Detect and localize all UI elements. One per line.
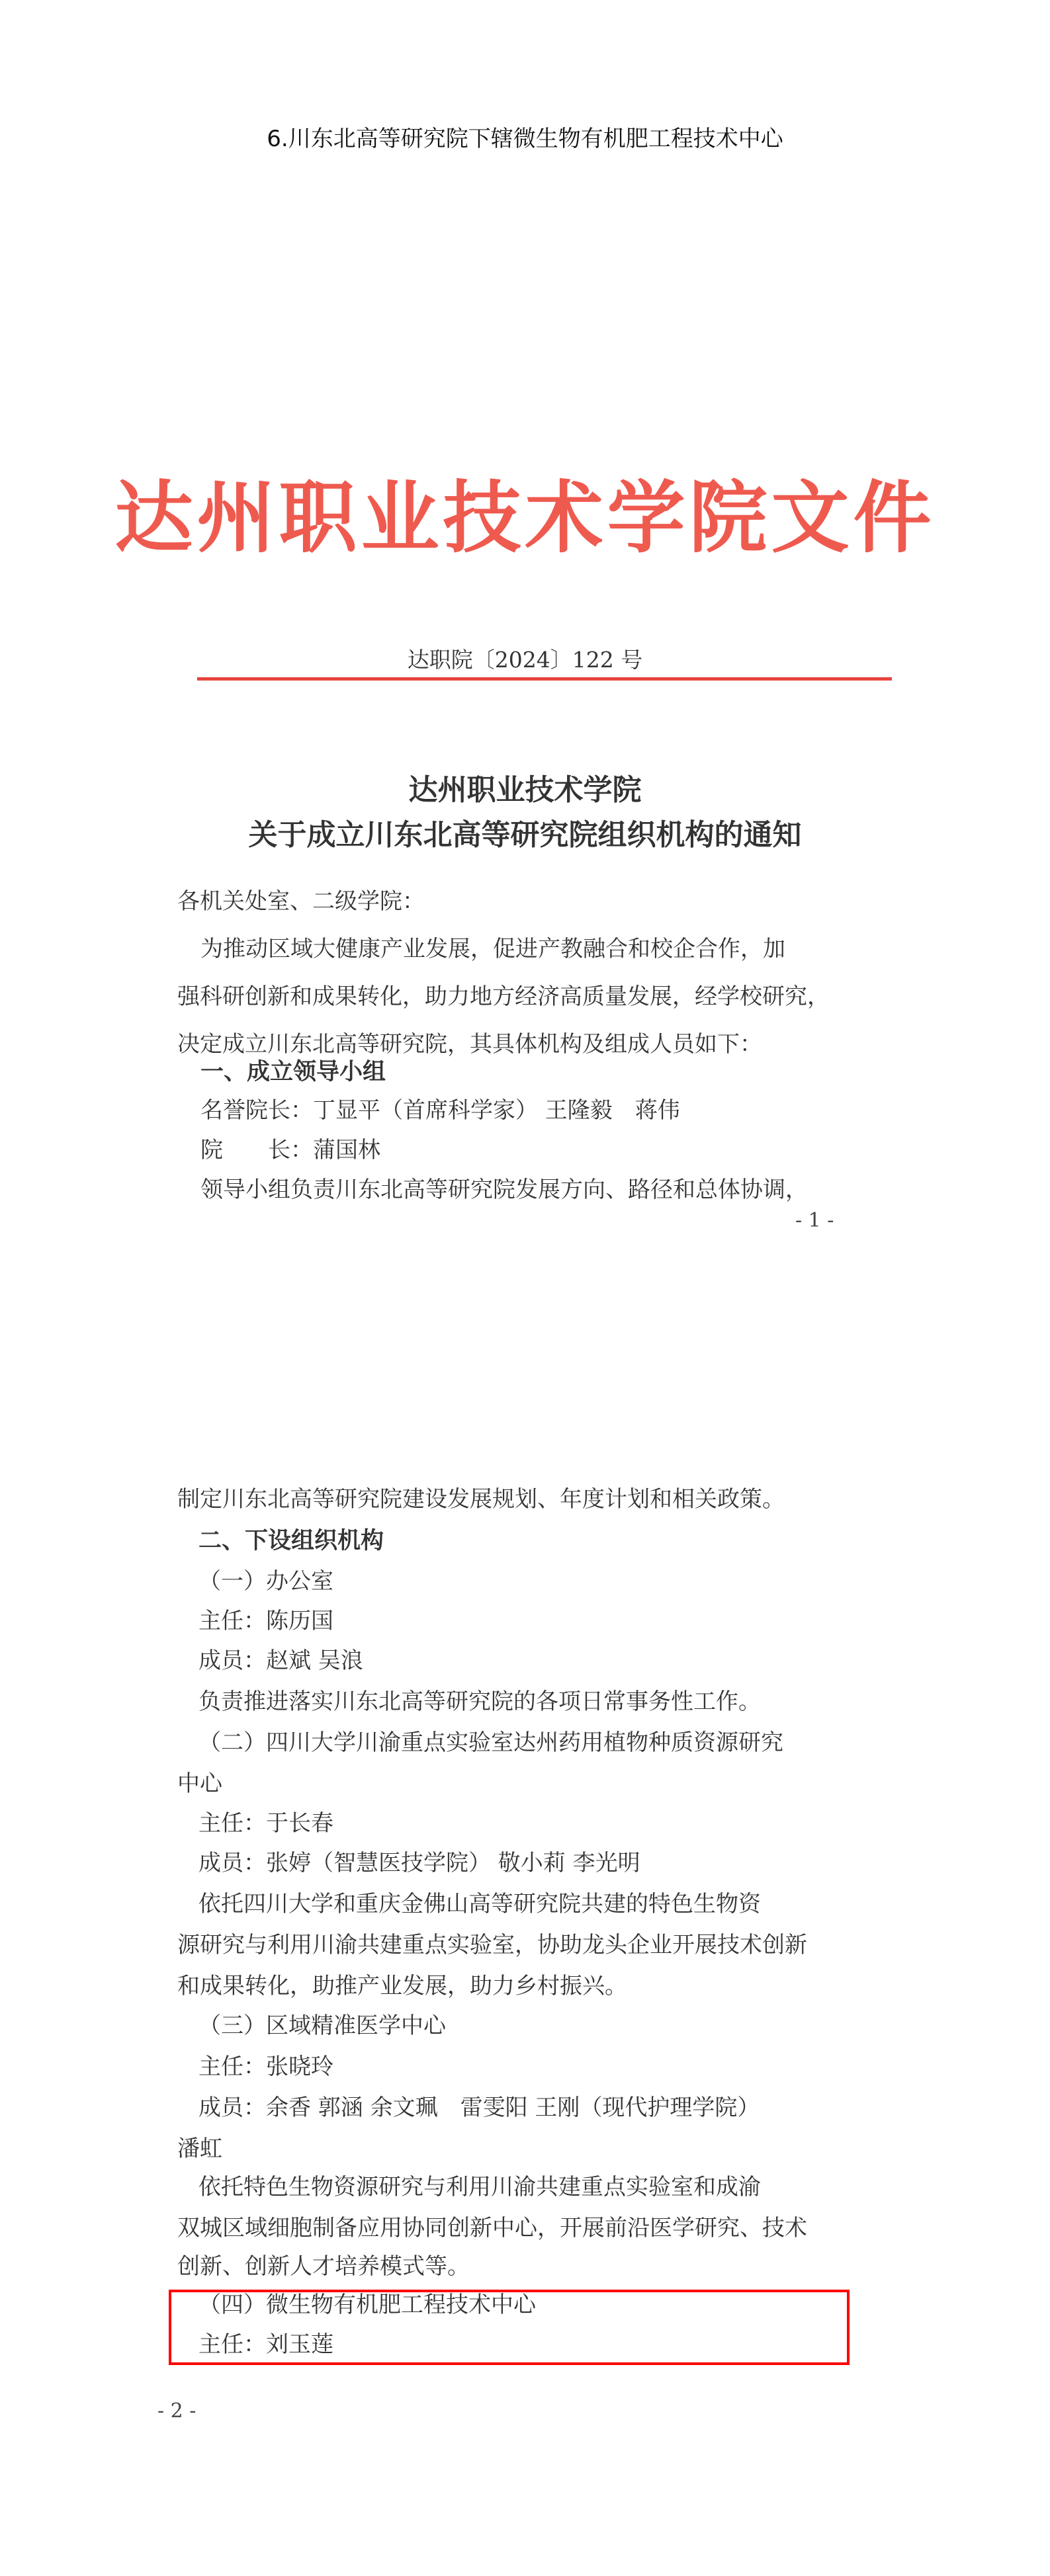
unit-name: （四）微生物有机肥工程技术中心 <box>198 2294 536 2316</box>
page-number: - 1 - <box>795 1209 834 1232</box>
honorary-dean: 名誉院长：丁显平（首席科学家） 王隆毅 蒋伟 <box>200 1099 680 1122</box>
unit-members: 成员：余香 郭涵 余文珮 雷雯阳 王刚（现代护理学院） <box>198 2097 760 2119</box>
duty-line: 领导小组负责川东北高等研究院发展方向、路径和总体协调， <box>200 1179 808 1201</box>
unit-name: （三）区域精准医学中心 <box>198 2015 446 2037</box>
unit-members: 潘虹 <box>177 2138 222 2160</box>
unit-name: （一）办公室 <box>198 1570 333 1593</box>
image-caption: 6.川东北高等研究院下辖微生物有机肥工程技术中心 <box>0 120 1050 153</box>
salutation: 各机关处室、二级学院： <box>177 890 425 913</box>
unit-desc: 负责推进落实川东北高等研究院的各项日常事务性工作。 <box>198 1690 761 1713</box>
unit-director: 主任：于长春 <box>198 1812 333 1835</box>
unit-name: （二）四川大学川渝重点实验室达州药用植物种质资源研究 <box>198 1731 783 1754</box>
issuer-header: 达州职业技术学院文件 <box>0 475 1050 561</box>
unit-desc: 双城区域细胞制备应用协同创新中心，开展前沿医学研究、技术 <box>177 2217 807 2239</box>
page-number: - 2 - <box>157 2399 196 2423</box>
unit-desc: 源研究与利用川渝共建重点实验室，协助龙头企业开展技术创新 <box>177 1934 807 1956</box>
unit-desc: 依托特色生物资源研究与利用川渝共建重点实验室和成渝 <box>198 2176 761 2198</box>
unit-members: 成员：张婷（智慧医技学院） 敬小莉 李光明 <box>198 1852 640 1874</box>
red-divider <box>197 677 892 681</box>
intro-line: 强科研创新和成果转化，助力地方经济高质量发展，经学校研究， <box>177 985 830 1008</box>
unit-name: 中心 <box>177 1772 222 1795</box>
document-title-line1: 达州职业技术学院 <box>0 766 1050 808</box>
dean: 院 长：蒲国林 <box>200 1139 380 1161</box>
intro-line: 决定成立川东北高等研究院，其具体机构及组成人员如下： <box>177 1033 762 1056</box>
unit-director: 主任：刘玉莲 <box>198 2333 333 2356</box>
section-heading: 二、下设组织机构 <box>198 1530 384 1553</box>
section-heading: 一、成立领导小组 <box>200 1061 386 1084</box>
unit-director: 主任：陈历国 <box>198 1610 333 1632</box>
duty-line: 制定川东北高等研究院建设发展规划、年度计划和相关政策。 <box>177 1488 785 1511</box>
document-title-line2: 关于成立川东北高等研究院组织机构的通知 <box>0 811 1050 853</box>
unit-members: 成员：赵斌 吴浪 <box>198 1649 363 1672</box>
document-number: 达职院〔2024〕122 号 <box>0 643 1050 674</box>
unit-desc: 创新、创新人才培养模式等。 <box>177 2255 470 2278</box>
unit-desc: 依托四川大学和重庆金佛山高等研究院共建的特色生物资 <box>198 1893 761 1915</box>
intro-line: 为推动区域大健康产业发展，促进产教融合和校企合作，加 <box>200 938 785 960</box>
unit-desc: 和成果转化，助推产业发展，助力乡村振兴。 <box>177 1975 627 1997</box>
unit-director: 主任：张晓玲 <box>198 2056 333 2078</box>
